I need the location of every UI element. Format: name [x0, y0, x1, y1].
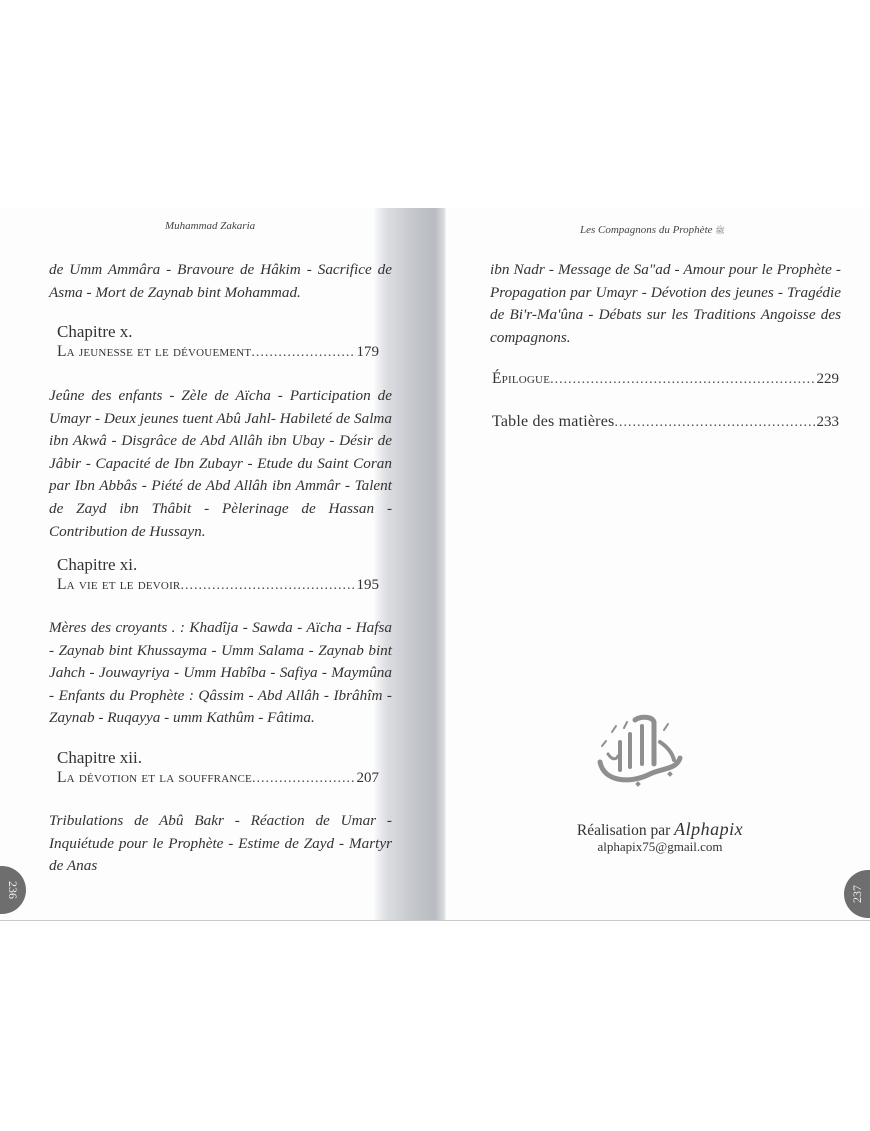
left-intro-paragraph: de Umm Ammâra - Bravoure de Hâkim - Sacr… — [49, 259, 392, 304]
leader-dots — [614, 415, 815, 431]
production-credit: Réalisation par Alphapix alphapix75@gmai… — [540, 819, 780, 855]
credit-email[interactable]: alphapix75@gmail.com — [540, 839, 780, 855]
chapter-heading-xi: Chapitre xi. — [57, 555, 137, 575]
toc-entry-chapter-xii[interactable]: La dévotion et la souffrance 207 — [57, 769, 379, 787]
leader-dots — [252, 771, 356, 787]
running-header-text: Les Compagnons du Prophète — [580, 224, 713, 236]
left-running-header: Muhammad Zakaria — [165, 220, 255, 232]
right-page-number: 237 — [844, 870, 870, 918]
chapter-heading-xii: Chapitre xii. — [57, 748, 142, 768]
leader-dots — [251, 345, 355, 361]
toc-title: La dévotion et la souffrance — [57, 769, 252, 787]
credit-prefix: Réalisation par — [577, 822, 670, 839]
chapter-xii-summary: Tribulations de Abû Bakr - Réaction de U… — [49, 810, 392, 878]
toc-page-number: 229 — [816, 371, 840, 388]
right-running-header: Les Compagnons du Prophète ﷺ — [580, 224, 725, 237]
toc-title: Table des matières — [492, 413, 614, 431]
left-page-number-tab: 236 — [0, 866, 26, 914]
toc-page-number: 207 — [356, 770, 380, 787]
leader-dots — [550, 372, 815, 388]
left-page-number: 236 — [0, 866, 26, 914]
page-bottom-edge — [0, 920, 870, 921]
chapter-heading-x: Chapitre x. — [57, 322, 133, 342]
credit-brand-logo: Alphapix — [674, 819, 743, 839]
toc-title: La vie et le devoir — [57, 576, 180, 594]
toc-page-number: 179 — [356, 344, 380, 361]
toc-entry-chapter-xi[interactable]: La vie et le devoir 195 — [57, 576, 379, 594]
chapter-x-summary: Jeûne des enfants - Zèle de Aïcha - Part… — [49, 385, 392, 543]
toc-entry-table-des-matieres[interactable]: Table des matières 233 — [492, 413, 839, 431]
toc-page-number: 195 — [356, 577, 380, 594]
toc-title: La jeunesse et le dévouement — [57, 343, 251, 361]
toc-title: Épilogue — [492, 370, 550, 388]
right-continued-paragraph: ibn Nadr - Message de Sa"ad - Amour pour… — [490, 259, 841, 349]
toc-entry-epilogue[interactable]: Épilogue 229 — [492, 370, 839, 388]
toc-entry-chapter-x[interactable]: La jeunesse et le dévouement 179 — [57, 343, 379, 361]
toc-page-number: 233 — [816, 414, 840, 431]
leader-dots — [180, 578, 355, 594]
right-page-number-tab: 237 — [844, 870, 870, 918]
chapter-xi-summary: Mères des croyants . : Khadîja - Sawda -… — [49, 617, 392, 730]
calligraphy-tamma-bihamdillah-icon — [590, 712, 690, 792]
salawat-symbol-icon: ﷺ — [715, 226, 725, 235]
